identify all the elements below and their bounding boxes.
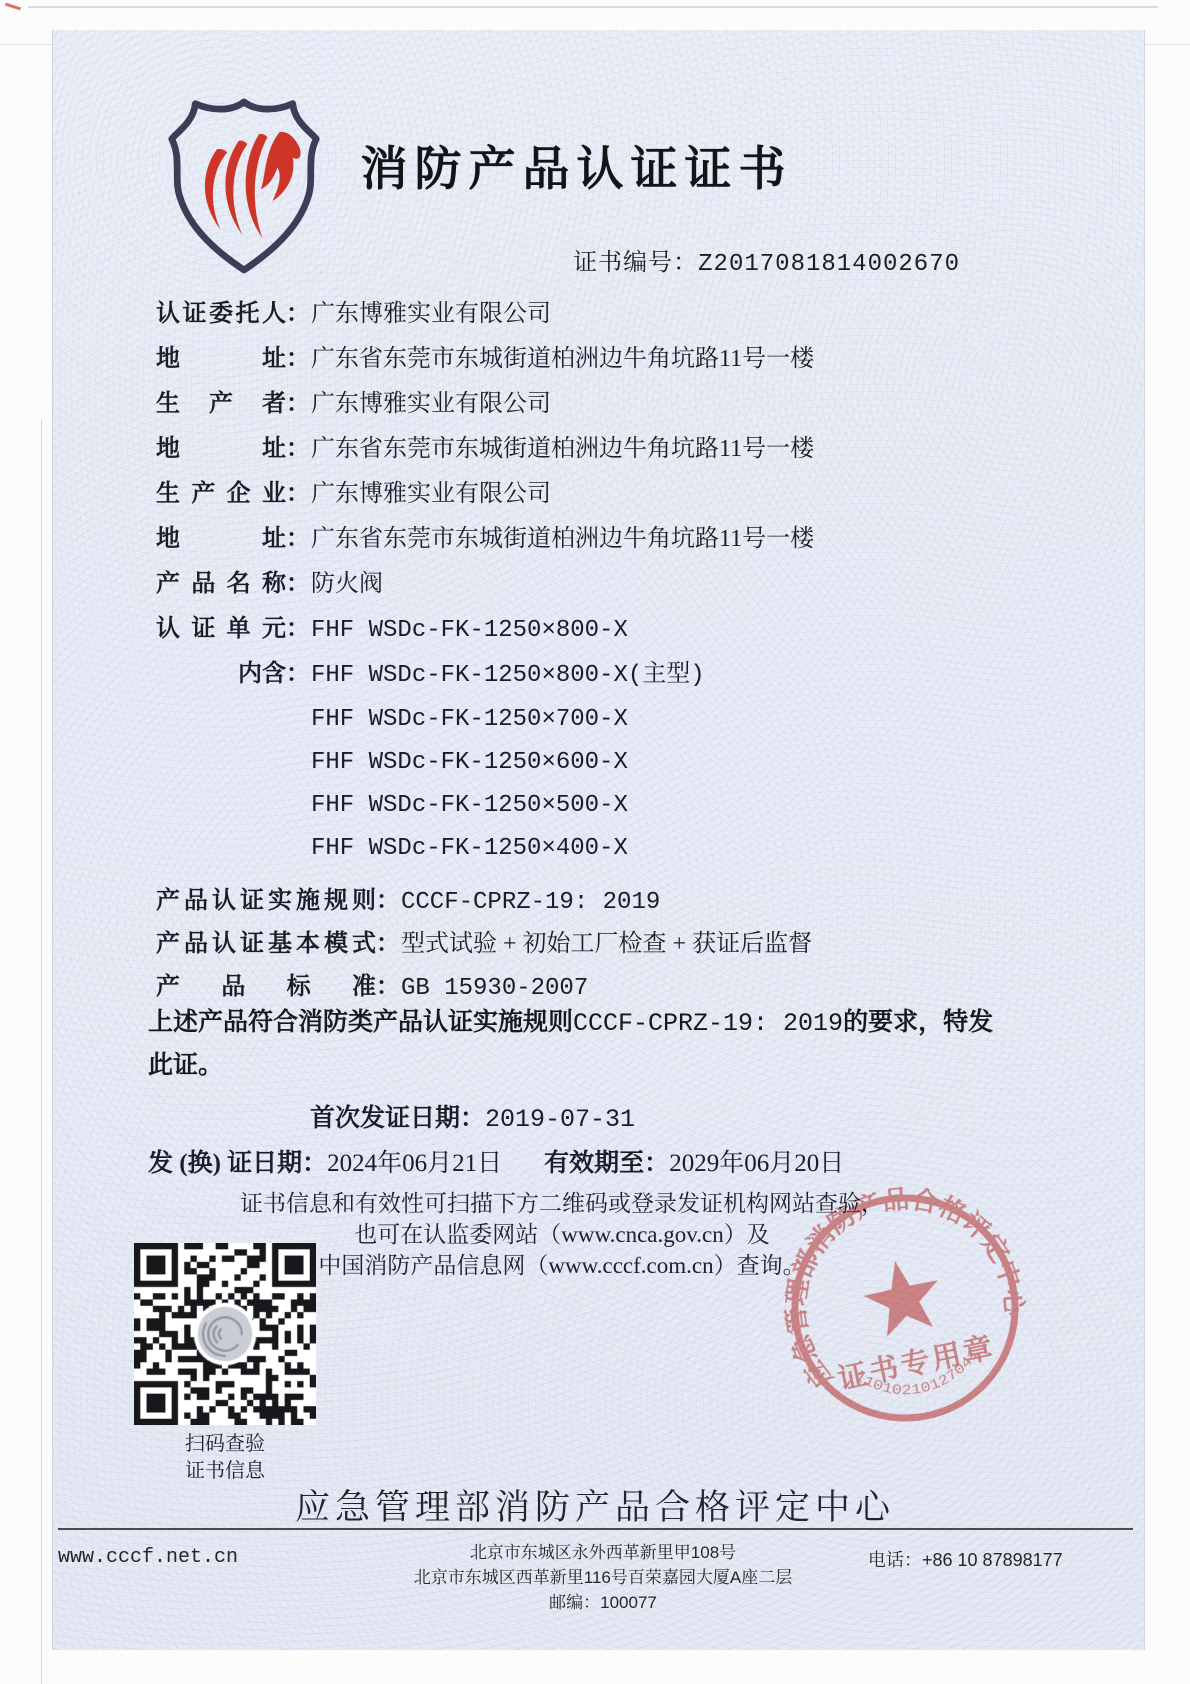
- rule-value: GB 15930-2007: [401, 975, 588, 1002]
- issuer-name: 应急管理部消防产品合格评定中心: [295, 1480, 895, 1530]
- statement-rule-code: CCCF-CPRZ-19: 2019: [573, 1009, 843, 1038]
- rule-row-implementation: 产品认证实施规则：CCCF-CPRZ-19: 2019: [156, 880, 1096, 923]
- footer-postcode: 邮编：100077: [338, 1590, 868, 1615]
- conformity-statement: 上述产品符合消防类产品认证实施规则CCCF-CPRZ-19: 2019的要求，特…: [148, 1002, 1018, 1087]
- field-value: FHF WSDc-FK-1250×800-X: [311, 617, 628, 644]
- model-value: FHF WSDc-FK-1250×600-X: [311, 749, 628, 776]
- field-row-certification-unit: 认证单元：FHF WSDc-FK-1250×800-X: [156, 607, 1096, 652]
- field-label: 生产者: [156, 382, 286, 427]
- colon: ：: [673, 250, 698, 276]
- colon: ：: [286, 607, 311, 652]
- first-issue-date-row: 首次发证日期：2019-07-31: [310, 1098, 635, 1134]
- field-value: 防火阀: [311, 571, 383, 597]
- qr-caption: 扫码查验 证书信息: [134, 1431, 316, 1485]
- qr-code: [134, 1243, 316, 1425]
- field-value: 广东博雅实业有限公司: [311, 481, 551, 507]
- certificate-title: 消防产品认证证书: [30, 132, 1123, 199]
- field-label: 认证委托人: [156, 292, 286, 337]
- reissue-date-row: 发 (换) 证日期：2024年06月21日有效期至：2029年06月20日: [148, 1143, 844, 1179]
- certificate-paper: 消防产品认证证书 证书编号：Z2017081814002670 认证委托人：广东…: [52, 30, 1145, 1650]
- field-value: 广东博雅实业有限公司: [311, 301, 551, 327]
- first-issue-date-value: 2019-07-31: [485, 1105, 635, 1134]
- certificate-number-line: 证书编号：Z2017081814002670: [573, 242, 960, 278]
- certificate-scan: { "header": { "title": "消防产品认证证书", "cert…: [0, 0, 1190, 1684]
- field-row-address-2: 地址：广东省东莞市东城街道柏洲边牛角坑路11号一楼: [156, 427, 1096, 472]
- field-label: 地址: [156, 337, 286, 382]
- colon: ：: [376, 880, 401, 923]
- footer-address-line: 北京市东城区西革新里116号百荣嘉园大厦A座二层: [338, 1565, 868, 1590]
- footer-website: www.cccf.net.cn: [58, 1540, 338, 1615]
- certificate-fields: 认证委托人：广东博雅实业有限公司 地址：广东省东莞市东城街道柏洲边牛角坑路11号…: [156, 292, 1096, 1009]
- contains-row-model: FHF WSDc-FK-1250×400-X: [156, 826, 1096, 869]
- rule-row-basic-mode: 产品认证基本模式：型式试验 + 初始工厂检查 + 获证后监督: [156, 923, 1096, 966]
- field-value: 广东博雅实业有限公司: [311, 391, 551, 417]
- colon: ：: [286, 382, 311, 427]
- field-label: 认证单元: [156, 607, 286, 652]
- colon: ：: [286, 652, 311, 697]
- footer-address-line: 北京市东城区永外西革新里甲108号: [338, 1540, 868, 1565]
- qr-caption-line: 扫码查验: [134, 1431, 316, 1458]
- field-label: 产品名称: [156, 562, 286, 607]
- footer-address-block: 北京市东城区永外西革新里甲108号 北京市东城区西革新里116号百荣嘉园大厦A座…: [338, 1540, 868, 1615]
- field-row-manufacturer: 生产企业：广东博雅实业有限公司: [156, 472, 1096, 517]
- valid-until-label: 有效期至：: [544, 1150, 669, 1177]
- contains-row-model: FHF WSDc-FK-1250×500-X: [156, 783, 1096, 826]
- footer-divider: [58, 1528, 1133, 1530]
- field-value: 广东省东莞市东城街道柏洲边牛角坑路11号一楼: [311, 436, 814, 462]
- colon: ：: [286, 562, 311, 607]
- certification-rules: 产品认证实施规则：CCCF-CPRZ-19: 2019 产品认证基本模式：型式试…: [156, 880, 1096, 1009]
- reissue-date-value: 2024年06月21日: [327, 1150, 502, 1177]
- field-label: 地址: [156, 517, 286, 562]
- footer-phone: 电话：+86 10 87898177: [868, 1540, 1133, 1615]
- colon: ：: [286, 517, 311, 562]
- field-row-product-name: 产品名称：防火阀: [156, 562, 1096, 607]
- contains-row-model: FHF WSDc-FK-1250×600-X: [156, 740, 1096, 783]
- colon: ：: [286, 292, 311, 337]
- colon: ：: [376, 923, 401, 966]
- colon: ：: [286, 472, 311, 517]
- colon: ：: [286, 427, 311, 472]
- contains-row-main: 内含：FHF WSDc-FK-1250×800-X(主型): [156, 652, 1096, 697]
- model-value: FHF WSDc-FK-1250×500-X: [311, 792, 628, 819]
- official-seal: 应急管理部消防产品合格评定中心 证书专用章 11010210127041: [763, 1166, 1048, 1451]
- statement-text: 上述产品符合消防类产品认证实施规则: [148, 1009, 573, 1036]
- qr-caption-line: 证书信息: [134, 1458, 316, 1485]
- model-value: FHF WSDc-FK-1250×700-X: [311, 706, 628, 733]
- rule-label: 产品认证基本模式: [156, 923, 376, 966]
- reissue-date-label: 发 (换) 证日期：: [148, 1150, 327, 1177]
- field-label: 地址: [156, 427, 286, 472]
- rule-value: CCCF-CPRZ-19: 2019: [401, 889, 660, 916]
- seal-star-icon: [858, 1253, 947, 1340]
- field-row-address-1: 地址：广东省东莞市东城街道柏洲边牛角坑路11号一楼: [156, 337, 1096, 382]
- valid-until-value: 2029年06月20日: [669, 1150, 844, 1177]
- contains-label: 内含: [156, 652, 286, 697]
- rule-value: 型式试验 + 初始工厂检查 + 获证后监督: [401, 931, 812, 957]
- field-label: 生产企业: [156, 472, 286, 517]
- contains-row-model: FHF WSDc-FK-1250×700-X: [156, 697, 1096, 740]
- field-value: 广东省东莞市东城街道柏洲边牛角坑路11号一楼: [311, 526, 814, 552]
- certificate-number-label: 证书编号: [573, 250, 673, 276]
- field-row-address-3: 地址：广东省东莞市东城街道柏洲边牛角坑路11号一楼: [156, 517, 1096, 562]
- model-value: FHF WSDc-FK-1250×800-X(主型): [311, 662, 705, 689]
- model-value: FHF WSDc-FK-1250×400-X: [311, 835, 628, 862]
- scan-artifact-line: [41, 420, 42, 1684]
- colon: ：: [286, 337, 311, 382]
- footer: www.cccf.net.cn 北京市东城区永外西革新里甲108号 北京市东城区…: [58, 1540, 1133, 1615]
- field-row-consignor: 认证委托人：广东博雅实业有限公司: [156, 292, 1096, 337]
- rule-label: 产品认证实施规则: [156, 880, 376, 923]
- qr-block: 扫码查验 证书信息: [134, 1243, 316, 1485]
- certificate-number-value: Z2017081814002670: [698, 251, 960, 278]
- scan-artifact-red-mark: [5, 3, 21, 11]
- field-row-producer: 生产者：广东博雅实业有限公司: [156, 382, 1096, 427]
- field-value: 广东省东莞市东城街道柏洲边牛角坑路11号一楼: [311, 346, 814, 372]
- scan-artifact-line: [28, 6, 1158, 8]
- first-issue-date-label: 首次发证日期：: [310, 1105, 485, 1132]
